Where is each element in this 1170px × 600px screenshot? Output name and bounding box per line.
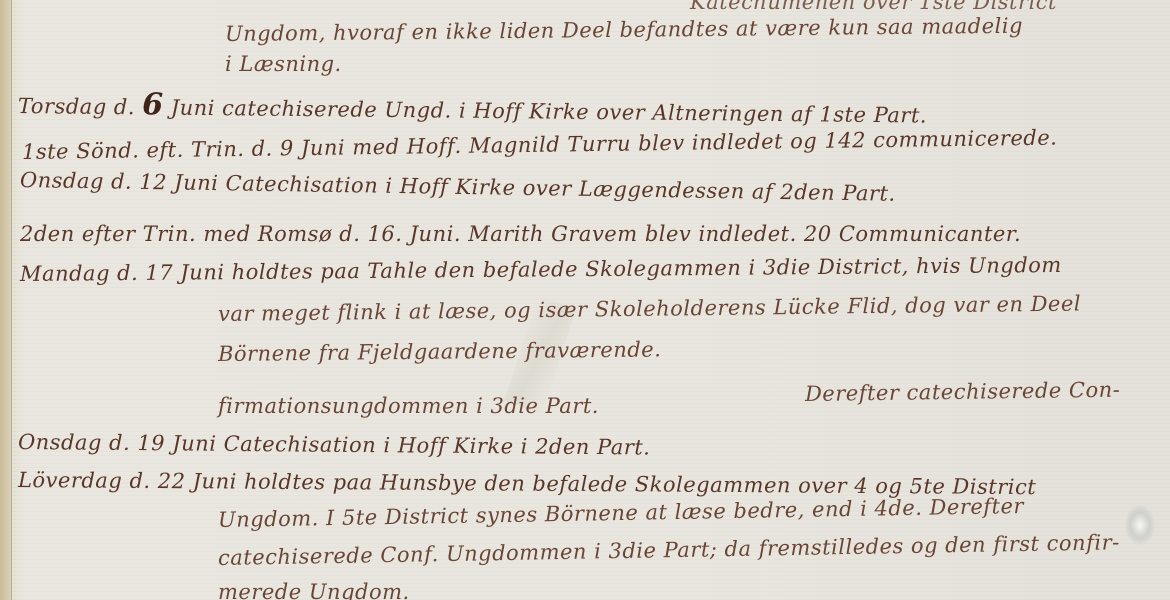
journal-entry: Löverdag d. 22 Juni holdtes paa Hunsbye … (18, 468, 1036, 499)
entry-text: Catechisation i Hoff Kirke i 2den Part. (224, 432, 651, 460)
journal-entry: 2den efter Trin. med Romsø d. 16. Juni. … (20, 222, 1021, 246)
journal-entry: Onsdag d. 12 Juni Catechisation i Hoff K… (20, 168, 896, 206)
entry-text: med Hoff. Magnild Turru blev indledet og… (352, 126, 1057, 160)
journal-entry: Onsdag d. 19 Juni Catechisation i Hoff K… (18, 430, 651, 460)
manuscript-page: Katechumenen over 1ste District Ungdom, … (0, 0, 1170, 600)
entry-date: Onsdag d. 19 Juni (18, 430, 217, 456)
text-line-fragment: Katechumenen over 1ste District (690, 0, 1057, 14)
text-line: Derefter catechiserede Con- (805, 378, 1121, 406)
entry-date: Onsdag d. 12 Juni (20, 168, 219, 195)
entry-date: Mandag d. 17 Juni (20, 260, 225, 286)
entry-text: holdtes paa Hunsbye den befalede Skolega… (244, 470, 1036, 500)
journal-entry: 1ste Sönd. eft. Trin. d. 9 Juni med Hoff… (22, 126, 1058, 164)
entry-text: Marith Gravem blev indledet. 20 Communic… (468, 222, 1021, 246)
entry-text: Catechisation i Hoff Kirke over Læggende… (225, 171, 895, 206)
text-line: Ungdom. I 5te District synes Börnene at … (218, 494, 1024, 532)
text-line: firmationsungdommen i 3die Part. (218, 394, 599, 418)
journal-entry: Mandag d. 17 Juni holdtes paa Tahle den … (20, 253, 1062, 286)
margin-rule (11, 0, 12, 600)
text-line: merede Ungdom. (218, 580, 410, 600)
text-line: Ungdom, hvoraf en ikke liden Deel befand… (225, 14, 1023, 46)
entry-date: 1ste Sönd. eft. Trin. d. 9 Juni (22, 135, 345, 164)
text-line: var meget flink i at læse, og især Skole… (218, 291, 1081, 326)
entry-day: 6 (142, 87, 164, 122)
entry-date: 2den efter Trin. med Romsø d. 16. Juni. (20, 222, 461, 246)
text-line: catechiserede Conf. Ungdommen i 3die Par… (218, 530, 1120, 570)
text-line: Börnene fra Fjeldgaardene fraværende. (218, 337, 662, 366)
entry-text: holdtes paa Tahle den befalede Skolegamm… (232, 253, 1062, 284)
paper-damage-spot (1125, 505, 1155, 545)
entry-text: Juni catechiserede Ungd. i Hoff Kirke ov… (171, 96, 928, 128)
journal-entry: Torsdag d. 6 Juni catechiserede Ungd. i … (18, 86, 927, 131)
entry-date: Löverdag d. 22 Juni (18, 468, 237, 494)
entry-date: Torsdag d. (18, 94, 135, 119)
text-line: i Læsning. (225, 52, 342, 76)
